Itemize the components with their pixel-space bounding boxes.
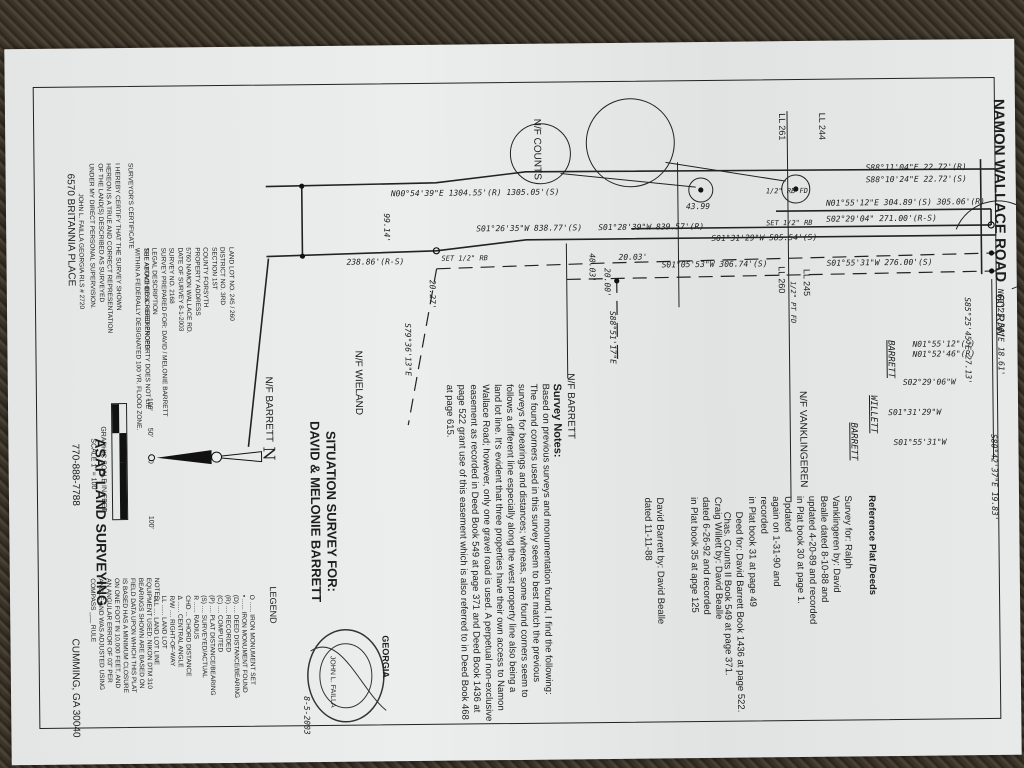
scale-tick-100: 100': [146, 398, 153, 411]
legend-item: R/W .... RIGHT-OF-WAY: [167, 596, 176, 699]
neighbor-wieland: N/F WIELAND: [352, 351, 364, 416]
dist-20-00: 20.00': [603, 268, 612, 297]
north-arrow-icon: [146, 441, 276, 472]
reference-text-2: Craig Willett by: David Bealle dated 6-2…: [687, 497, 724, 627]
north-label: N: [259, 446, 278, 460]
reference-title: Reference Plat /Deeds: [865, 495, 878, 625]
bearing-7: S01°05'53"W 306.74'(S): [662, 259, 768, 269]
land-lot-261: LL 261: [777, 113, 787, 140]
neighbor-vanklingeren: N/F VANKLINGEREN: [797, 391, 809, 488]
bearing-17: N01°52'46"(R): [912, 349, 975, 359]
side-barrett-2: BARRETT: [848, 422, 858, 460]
scale-seg: [119, 433, 126, 462]
graphic-scale-bar: [111, 403, 128, 520]
bearing-15: N60°23'56"E 18.61': [996, 289, 1006, 376]
legend-item: (R) .... RECORDED: [223, 595, 232, 698]
neighbor-barrett-2: N/F BARRETT: [263, 377, 275, 443]
bearing-20: S01°55'31"W: [893, 437, 946, 447]
bearing-12: S88°51'17"E: [608, 311, 618, 364]
company-city: CUMMING, GA 30040: [69, 639, 81, 738]
deed-references: Deed for: David Barrett Book 1436 at pag…: [720, 512, 746, 713]
road-name-text: NAMON WALLACE ROAD: [990, 99, 1009, 282]
bearing-11: 238.86'(R-S): [346, 257, 404, 267]
scale-tick-50: 50': [146, 428, 153, 437]
dist-20-27: 20.27': [428, 280, 437, 309]
dist-20-03: 20.03': [618, 253, 647, 262]
bearing-6: S01°55'31"W 276.00'(S): [827, 258, 933, 268]
surveyor-seal: [300, 620, 391, 731]
monument-set-rb-2: SET 1/2" RB: [441, 254, 487, 262]
bearing-16: N01°55'12"(S): [912, 339, 975, 349]
reference-text-3: David Barrett by: David Bealle dated 11-…: [641, 497, 666, 627]
dist-99-14: 99.14': [382, 213, 391, 242]
bearing-13: S79°36'13"E: [403, 323, 413, 376]
certificate-text: I HEREBY CERTIFY THAT THE SURVEY SHOWN H…: [86, 163, 122, 333]
monument-set-rb: SET 1/2" RB: [766, 219, 812, 227]
monument-rb-fd: 1/2" RB FD: [766, 187, 808, 195]
legend-title: LEGEND: [268, 586, 278, 623]
scale-tick-100b: 100': [147, 516, 154, 529]
bearing-2: S88°10'24"E 22.72'(S): [866, 174, 967, 184]
scale-seg: [120, 462, 128, 519]
certificate-signer: JOHN L. FAILLA GEORGIA RLS # 2720: [77, 193, 85, 309]
bearing-3: N01°55'12"E 304.89'(S) 305.06'(R): [826, 197, 985, 208]
survey-plat-sheet: NAMON WALLACE ROAD 60' R/W N/F COUNTS N/…: [4, 39, 1021, 766]
bearing-19: S01°31'29"W: [888, 408, 941, 418]
survey-notes: Survey Notes: Based on previous surveys …: [443, 383, 567, 721]
title-block: SITUATION SURVEY FOR: DAVID & MELONIE BA…: [306, 421, 340, 602]
bearing-1: S88°11'04"E 22.72'(R): [866, 162, 967, 172]
monument-pt-fd: 1/2" PT FD: [789, 281, 797, 323]
bearing-18: S02°29'06"W: [903, 377, 956, 387]
seal-state: GEORGIA: [380, 635, 390, 678]
legend-item: O ...... IRON MONUMENT SET: [247, 595, 256, 698]
scale-label: GRAPHIC SCALE IN FEET: [99, 426, 107, 512]
title-line-2: DAVID & MELONIE BARRETT: [306, 421, 324, 602]
survey-notes-text: Based on previous surveys and monumentat…: [443, 384, 555, 722]
dist-40-03: 40.03': [587, 253, 596, 282]
neighbor-barrett: N/F BARRETT: [565, 373, 577, 439]
side-barrett-1: BARRETT: [885, 340, 895, 378]
bearing-10: N00°54'39"E 1304.55'(R) 1305.05'(S): [391, 188, 560, 199]
bearing-5: S01°31'29"W 585.54'(S): [711, 233, 817, 243]
legend-item: (S) .... SURVEYED/ACTUAL: [199, 595, 208, 698]
company-phone: 770-888-7788: [69, 444, 81, 506]
scale-ratio: SCALE 1" = 100': [89, 438, 97, 490]
legend-item: Δ ...... CENTRAL ANGLE: [175, 595, 184, 698]
legend-item: (C) .... COMPUTED: [215, 595, 224, 698]
certificate-title: SURVEYOR'S CERTIFICATE: [126, 163, 134, 249]
scale-seg: [112, 404, 119, 433]
legend-list: O ...... IRON MONUMENT SET • ...... IRON…: [151, 595, 256, 699]
company-address: 6570 BRITANNIA PLACE: [65, 174, 77, 287]
bearing-8: S01°26'35"W 838.77'(S): [476, 223, 582, 233]
legend-item: CHD ... CHORD DISTANCE: [183, 595, 192, 698]
land-lot-245: LL 245: [802, 269, 812, 296]
legend-item: • ...... IRON MONUMENT FOUND: [239, 595, 248, 698]
land-lot-244: LL 244: [817, 113, 827, 140]
bearing-4: S02°29'04" 271.00'(R-S): [826, 214, 937, 224]
land-lot-260: LL 260: [777, 266, 787, 293]
reference-plats: Reference Plat /Deeds Survey for: Ralph …: [629, 495, 890, 628]
seal-name: JOHN L. FAILLA: [329, 656, 337, 708]
dist-43-99: 43.99: [686, 202, 710, 211]
property-info: LAND LOT NO. 245 / 260 DISTRICT NO. 3RD …: [141, 247, 236, 417]
side-willett: WILLETT: [868, 395, 878, 433]
legend-item: (D) .... DEED DISTANCE/BEARING: [231, 595, 240, 698]
reference-text-1: Survey for: Ralph Vanklingeren by: David…: [745, 495, 854, 626]
bearing-9: S01°28'39"W 839.57'(R): [598, 222, 704, 232]
legend-item: (P) .... PLAT DISTANCE/BEARING: [207, 595, 216, 698]
title-line-1: SITUATION SURVEY FOR:: [322, 421, 340, 602]
neighbor-counts: N/F COUNTS: [531, 119, 543, 180]
seal-date: 8-5-2003: [302, 696, 311, 735]
bearing-21: S80°42'37"E 19.83': [989, 434, 999, 521]
